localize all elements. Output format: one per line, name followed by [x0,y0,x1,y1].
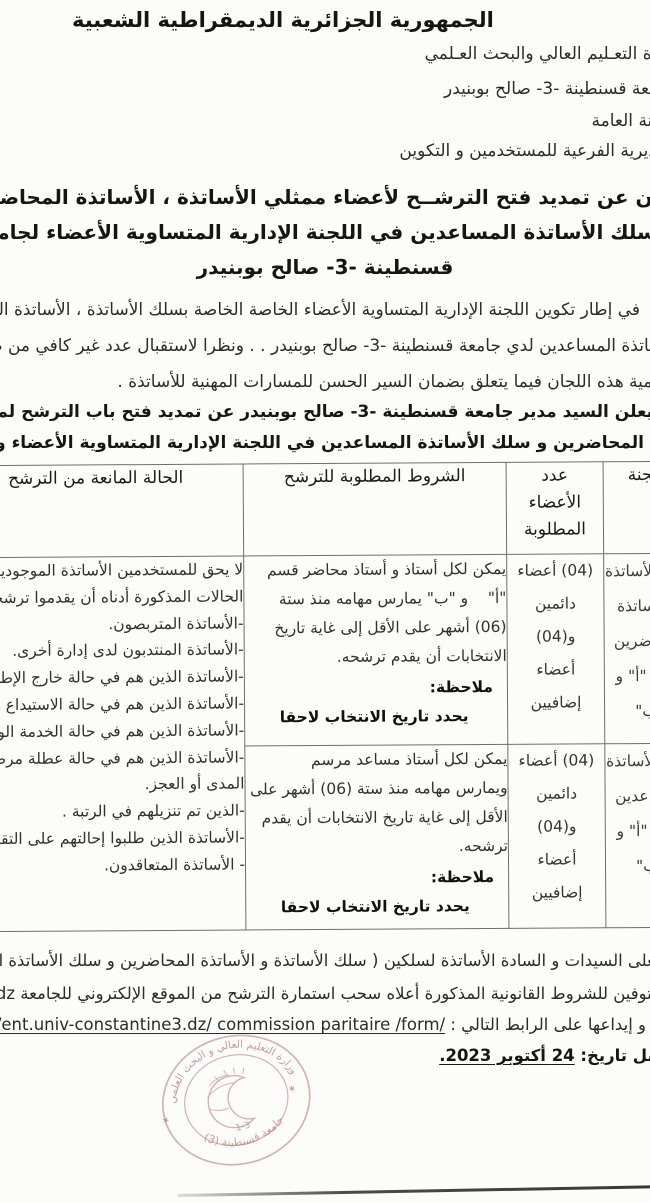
intro-line3: ولأهمية هذه اللجان فيما يتعلق بضمان السي… [117,372,650,392]
blocking-cases-cell: لا يحق للمستخدمين الأساتذة الموجودين في … [0,556,246,932]
subdirectorate-line: المديرية الفرعية للمستخدمين و التكوين [399,141,650,161]
intro-line2: والأساتذة المساعدين لدي جامعة قسنطينة -3… [0,336,650,356]
university-domain: univ-constantine3.dz [0,984,15,1003]
row2-conditions-text: يمكن لكل أستاذ مساعد مرسم ويمارس مهامه م… [245,745,508,863]
footer-line2: والمستوفين للشروط القانونية المذكورة أعل… [0,984,650,1003]
stamp-star-right-icon: ✶ [287,1083,298,1096]
row1-conditions-cell: يمكن لكل أستاذ و أستاذ محاضر قسم "أ" و "… [244,554,508,746]
doc-title-line1: إعلان عن تمديد فتح الترشــح لأعضاء ممثلي… [0,185,650,209]
doc-title-line2: و سلك الأساتذة المساعدين في اللجنة الإدا… [0,220,650,244]
scan-page-edge [178,1185,650,1197]
footer-deadline: قبل تاريخ: 24 أكتوبر 2023. [439,1046,650,1065]
university-line: جامعة قسنطينة -3- صالح بوبنيدر [444,79,650,99]
candidacy-table: اللجنة عدد الأعضاء المطلوبة الشروط المطل… [0,461,650,933]
announcement-line1: يعلن السيد مدير جامعة قسنطينة -3- صالح ب… [0,402,650,422]
row1-conditions-text: يمكن لكل أستاذ و أستاذ محاضر قسم "أ" و "… [244,555,507,673]
row2-committee-cell: سلك الأساتذة المساعدين قسم "أ" و "ب" [605,743,650,928]
stamp-center-mark: 1-3 [235,1121,252,1134]
deadline-date: 24 أكتوبر 2023. [439,1046,574,1065]
footer-line1: فعلى السيدات و السادة الأساتذة لسلكين ( … [0,951,650,970]
row1-committee-cell: سلك الأساتذة و الأساتذة المحاضرين قسم "أ… [604,553,650,744]
col-header-members-count: عدد الأعضاء المطلوبة [506,462,604,555]
col-header-conditions: الشروط المطلوبة للترشح [243,462,507,556]
scanned-document-page: الجمهورية الجزائرية الديمقراطية الشعبية … [0,0,650,1202]
doc-title-line3: قسنطينة -3- صالح بوبنيدر [197,255,454,279]
footer-line3-text: و إيداعها على الرابط التالي : [445,1015,646,1034]
row1-note-label: ملاحظة: [245,673,507,704]
ministry-line: وزارة التعـليم العالي والبحث العـلمي [425,44,650,64]
university-stamp: وزارة التعليم العالي و البحث العلمي جامع… [136,1010,337,1197]
row2-note-label: ملاحظة: [246,863,508,894]
country-header: الجمهورية الجزائرية الديمقراطية الشعبية [72,8,494,32]
row2-note-text: يحدد تاريخ الانتخاب لاحقا [246,892,508,923]
announcement-line2: المحاضرين و سلك الأساتذة المساعدين في ال… [0,433,644,453]
deadline-label: قبل تاريخ: [575,1046,650,1065]
secretariat-line: الأمانة العامة [592,111,650,131]
stamp-star-left-icon: ✶ [161,1115,172,1128]
row2-conditions-cell: يمكن لكل أستاذ مساعد مرسم ويمارس مهامه م… [245,744,509,930]
blocking-cases-text: لا يحق للمستخدمين الأساتذة الموجودين في … [0,556,245,879]
footer-line2-text: والمستوفين للشروط القانونية المذكورة أعل… [15,984,650,1003]
row2-members-cell: (04) أعضاء دائمين و(04) أعضاء إضافيين [508,744,606,929]
col-header-blocking-cases: الحالة المانعة من الترشح [0,464,244,558]
footer-line3: و إيداعها على الرابط التالي : https://en… [0,1015,646,1034]
row1-note-text: يحدد تاريخ الانتخاب لاحقا [245,702,507,733]
intro-line1: في إطار تكوين اللجنة الإدارية المتساوية … [0,300,640,320]
row1-members-cell: (04) أعضاء دائمين و(04) أعضاء إضافيين [507,554,605,745]
col-header-committee: اللجنة [603,461,650,554]
